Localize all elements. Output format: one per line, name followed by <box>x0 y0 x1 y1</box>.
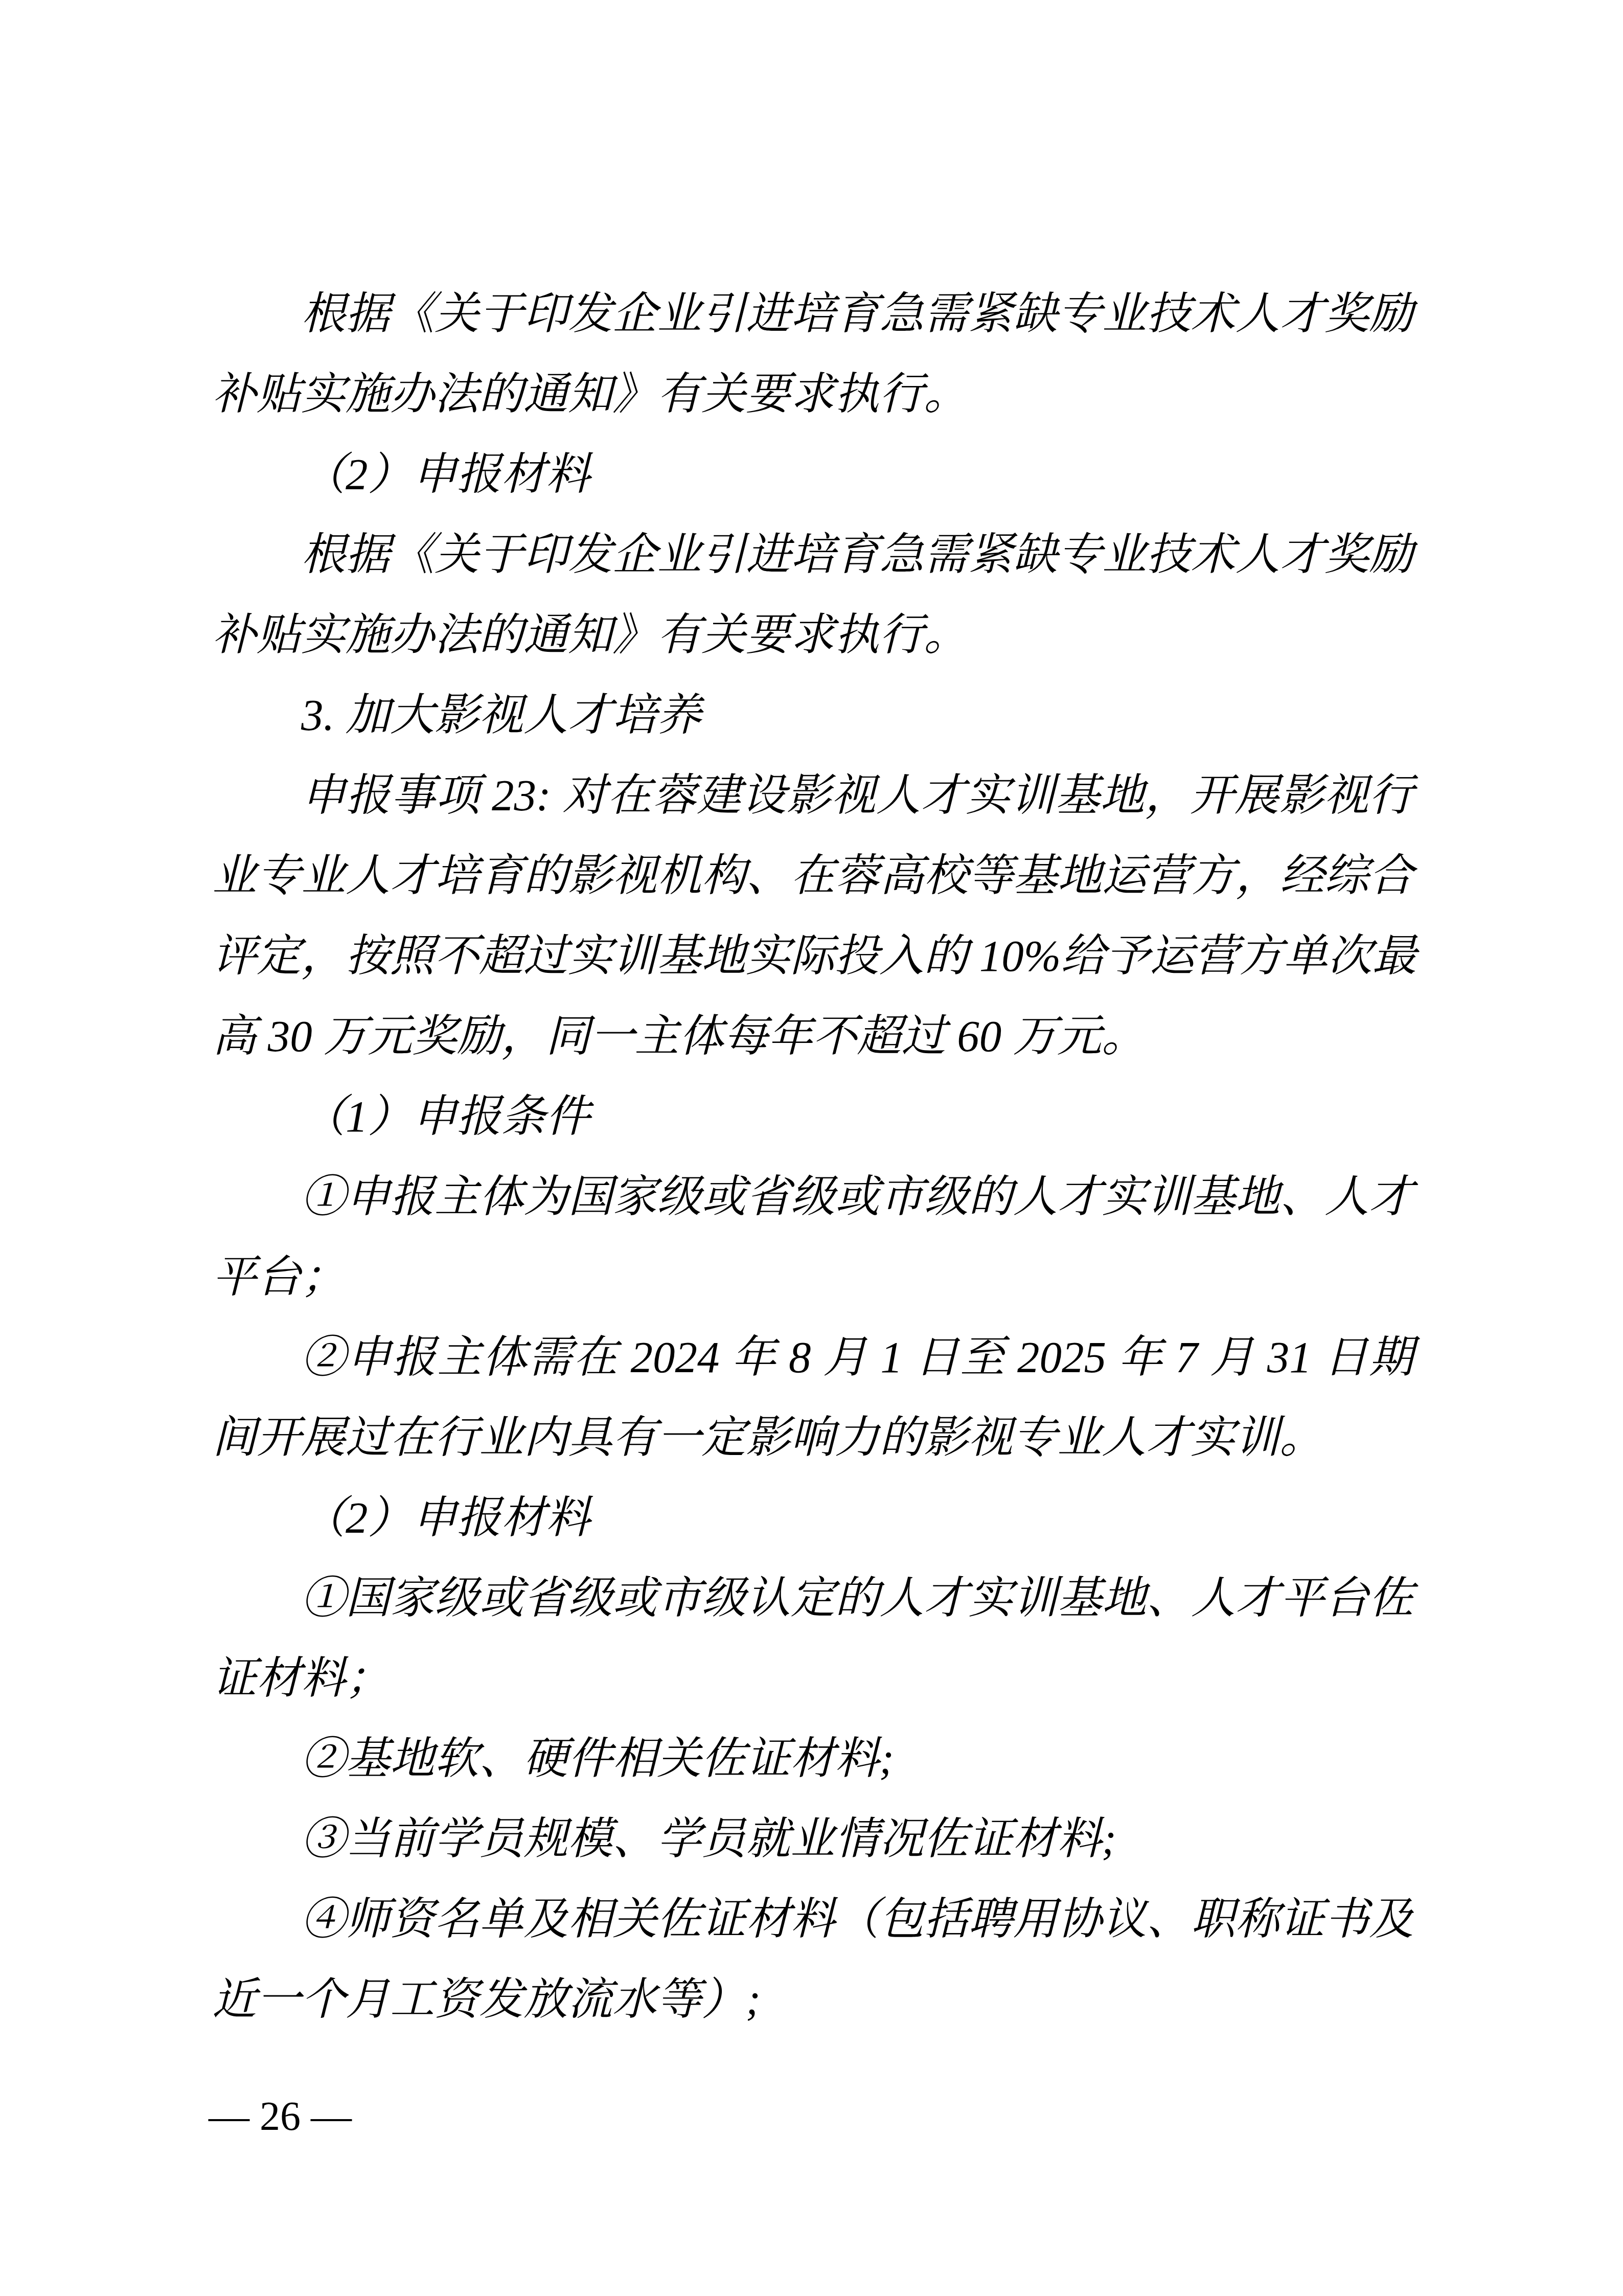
text-line: 评定，按照不超过实训基地实际投入的 10%给予运营方单次最 <box>212 916 1413 996</box>
text-line: ④师资名单及相关佐证材料（包括聘用协议、职称证书及 <box>212 1879 1413 1959</box>
document-page: 根据《关于印发企业引进培育急需紧缺专业技术人才奖励 补贴实施办法的通知》有关要求… <box>0 0 1623 2296</box>
text-line: ①申报主体为国家级或省级或市级的人才实训基地、人才 <box>212 1156 1413 1237</box>
text-line: 补贴实施办法的通知》有关要求执行。 <box>212 354 1413 434</box>
text-line: 申报事项 23: 对在蓉建设影视人才实训基地，开展影视行 <box>212 755 1413 835</box>
text-line: ①国家级或省级或市级认定的人才实训基地、人才平台佐 <box>212 1558 1413 1638</box>
text-line: 根据《关于印发企业引进培育急需紧缺专业技术人才奖励 <box>212 274 1413 354</box>
text-line: 根据《关于印发企业引进培育急需紧缺专业技术人才奖励 <box>212 514 1413 595</box>
document-body: 根据《关于印发企业引进培育急需紧缺专业技术人才奖励 补贴实施办法的通知》有关要求… <box>212 274 1413 2039</box>
text-line: 间开展过在行业内具有一定影响力的影视专业人才实训。 <box>212 1397 1413 1477</box>
section-heading: 3. 加大影视人才培养 <box>212 675 1413 755</box>
text-line: （2）申报材料 <box>212 434 1413 514</box>
page-number: — 26 — <box>209 2088 352 2145</box>
subsection-heading: （2）申报材料 <box>212 1477 1413 1558</box>
text-line: 平台； <box>212 1237 1413 1317</box>
text-line: 证材料； <box>212 1638 1413 1718</box>
text-line: ③当前学员规模、学员就业情况佐证材料; <box>212 1799 1413 1879</box>
text-line: 近一个月工资发放流水等）; <box>212 1959 1413 2039</box>
text-line: 高 30 万元奖励，同一主体每年不超过 60 万元。 <box>212 996 1413 1076</box>
text-line: 业专业人才培育的影视机构、在蓉高校等基地运营方，经综合 <box>212 835 1413 916</box>
text-line: ②基地软、硬件相关佐证材料; <box>212 1718 1413 1799</box>
text-line: ②申报主体需在 2024 年 8 月 1 日至 2025 年 7 月 31 日期 <box>212 1317 1413 1397</box>
subsection-heading: （1）申报条件 <box>212 1076 1413 1156</box>
text-line: 补贴实施办法的通知》有关要求执行。 <box>212 595 1413 675</box>
